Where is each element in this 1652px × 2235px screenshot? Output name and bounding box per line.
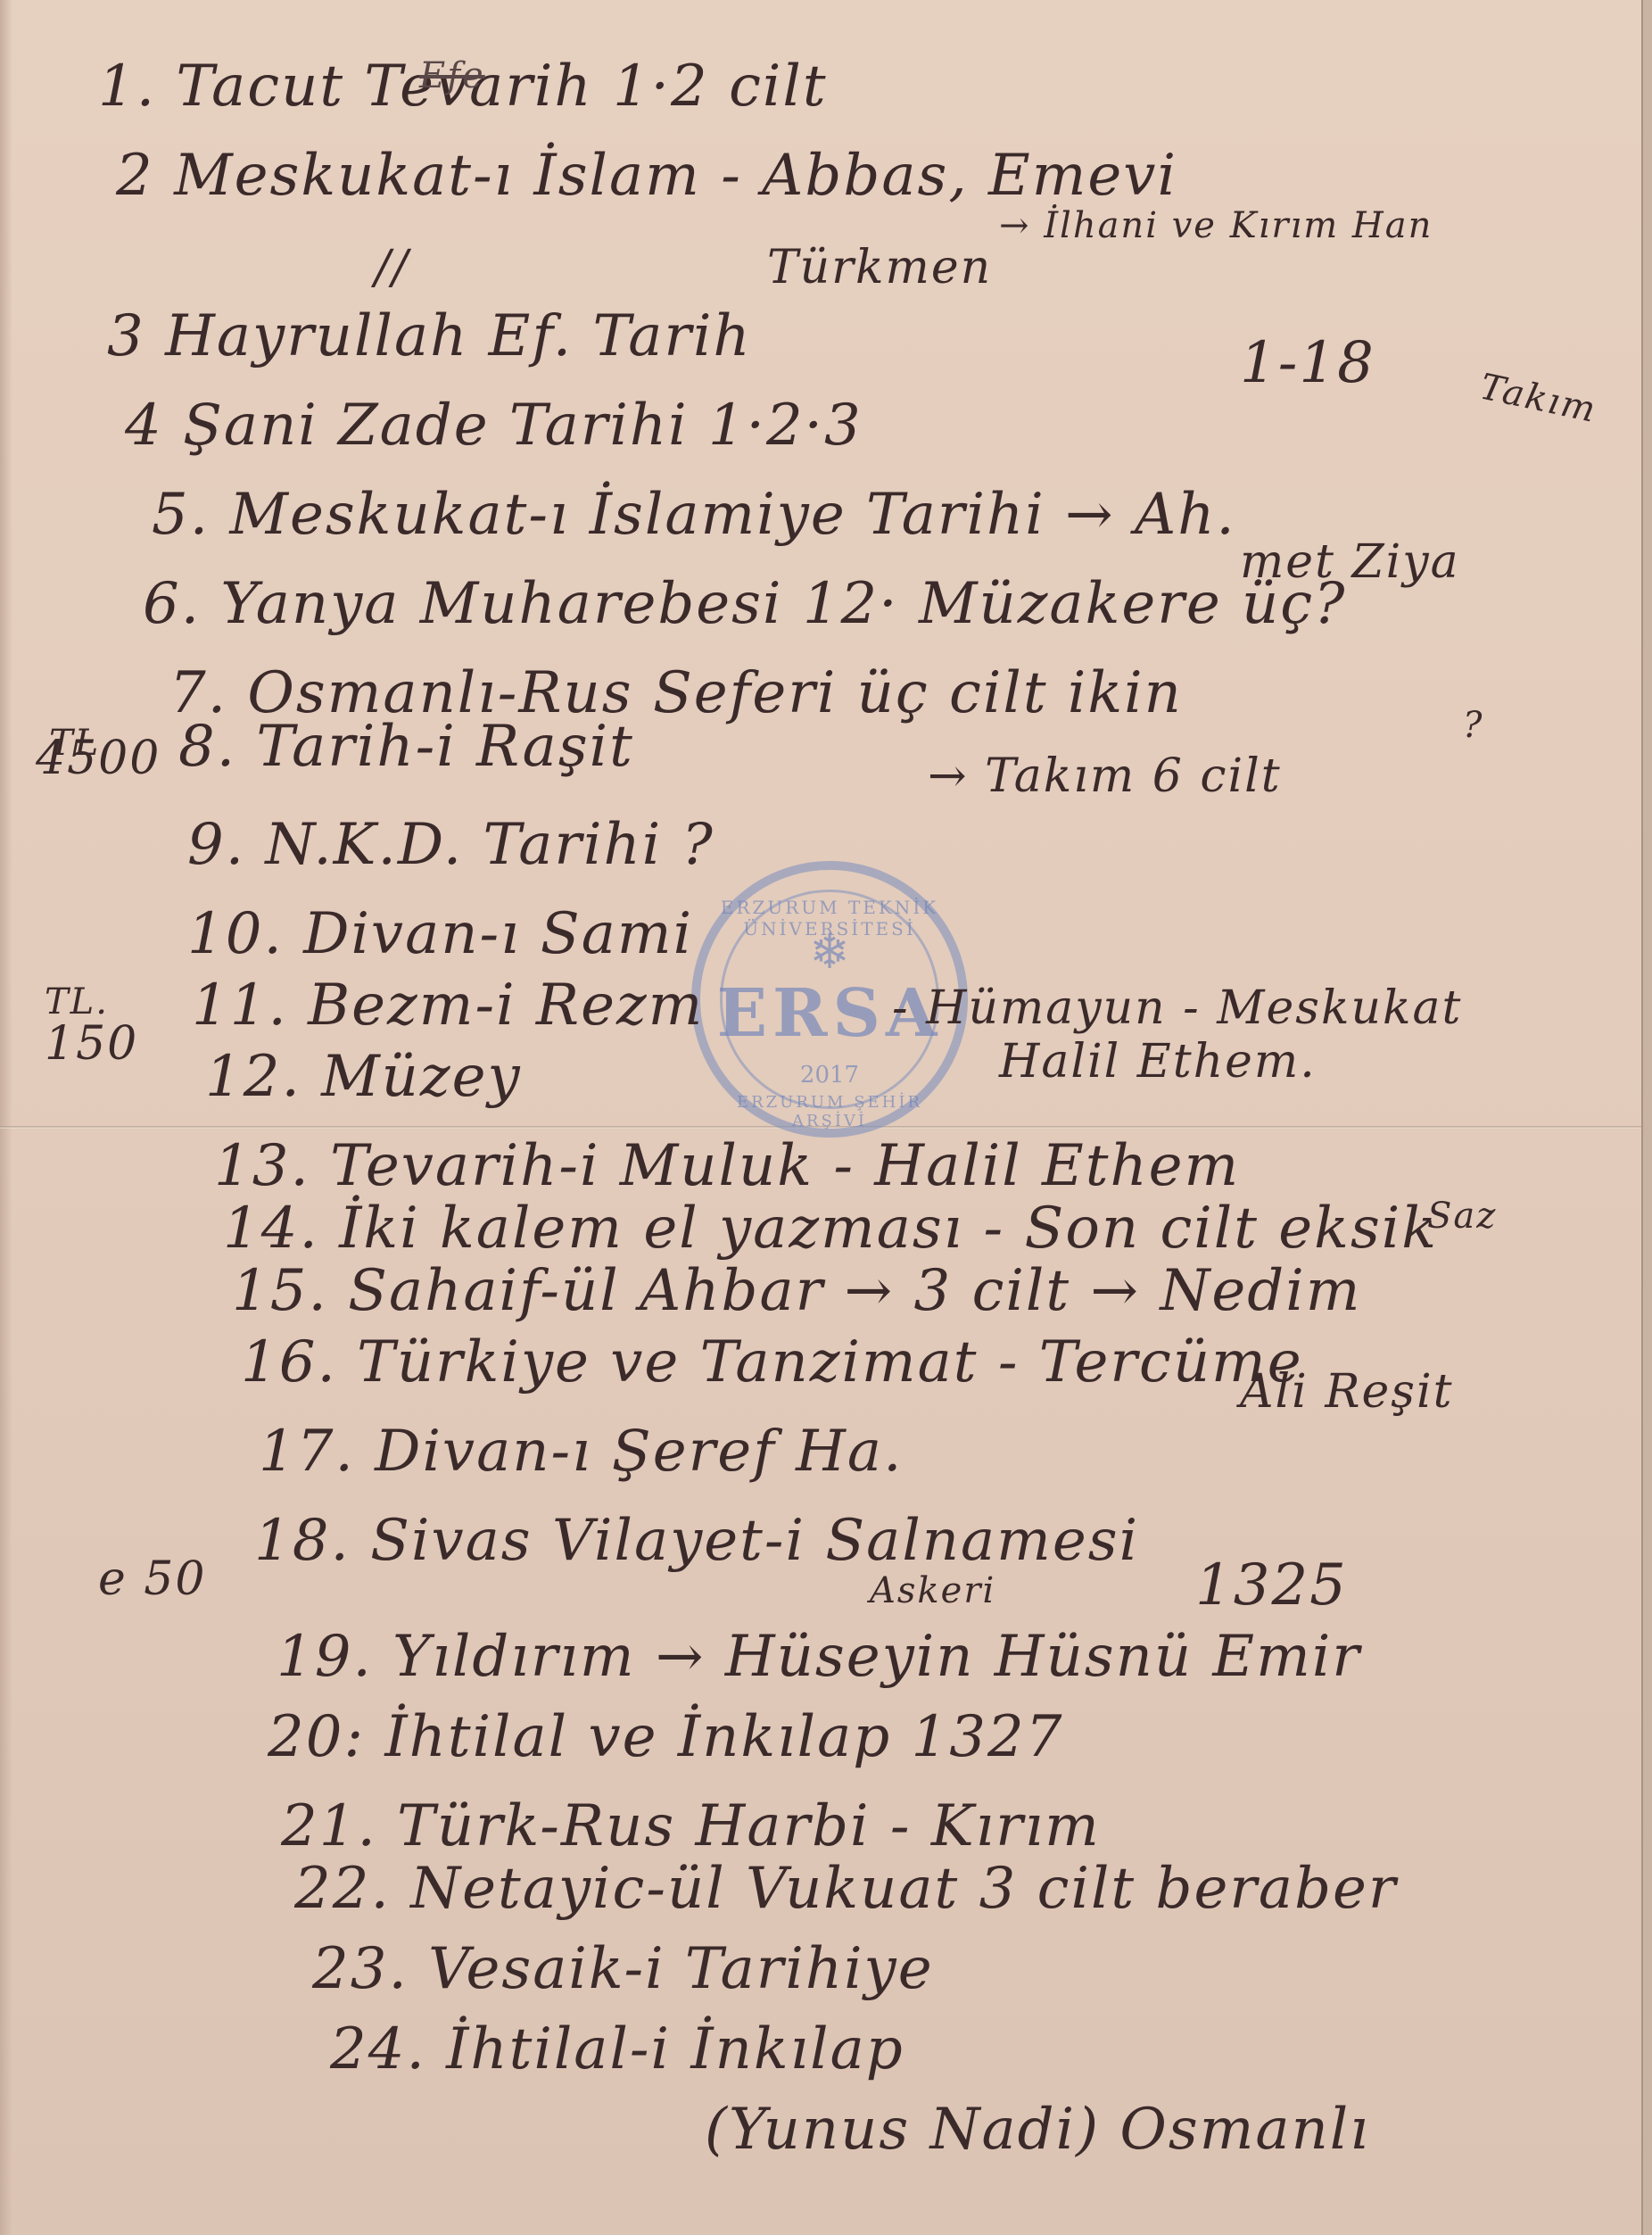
margin-price-e50: e 50 [98,1552,206,1606]
list-item-24-note: (Yunus Nadi) Osmanlı [705,2097,1370,2163]
list-item-19: 19. Yıldırım → Hüseyin Hüsnü Emir [277,1624,1361,1690]
list-item-2-note-b: Türkmen [767,241,992,294]
list-item-2-note: → İlhani ve Kırım Han [999,205,1433,246]
list-item-8-note: → Takım 6 cilt [928,749,1282,803]
list-item-4: 4 Şani Zade Tarihi 1·2·3 [125,393,863,459]
list-item-8: 8. Tarih-i Raşit [178,714,634,780]
list-item-13: 13. Tevarih-i Muluk - Halil Ethem [214,1133,1240,1199]
list-item-5: 5. Meskukat-ı İslamiye Tarihi → Ah. [152,482,1236,548]
margin-price-150: 150 [45,1017,138,1071]
paper-edge-shadow [0,0,12,2235]
list-item-19-above: Askeri [870,1570,995,1611]
list-item-6: 6. Yanya Muharebesi 12· Müzakere üç? [143,571,1346,637]
list-item-12: 12. Müzey [205,1044,522,1110]
list-item-21: 21. Türk-Rus Harbi - Kırım [281,1793,1101,1859]
list-item-14: 14. İki kalem el yazması - Son cilt eksi… [223,1196,1438,1262]
list-item-23: 23. Vesaik-i Tarihiye [312,1936,934,2002]
stamp-year: 2017 [700,1062,959,1089]
list-item-3: 3 Hayrullah Ef. Tarih [107,303,752,369]
list-item-18: 18. Sivas Vilayet-i Salnamesi [254,1508,1139,1574]
list-item-11-note: - Hümayun - Meskukat [892,981,1462,1035]
list-item-14-above: Saz [1427,1196,1497,1237]
ditto-mark: // [375,241,409,294]
list-item-11: 11. Bezm-i Rezm [192,973,704,1039]
paper-sheet: ERZURUM TEKNİK ÜNİVERSİTESİ ❄ ERSA 2017 … [0,0,1643,2235]
list-item-3-note: 1-18 [1240,330,1375,396]
struck-text: Efe [419,55,485,96]
list-item-17: 17. Divan-ı Şeref Ha. [259,1419,903,1485]
list-item-7-question: ? [1463,705,1483,746]
list-item-2: 2 Meskukat-ı İslam - Abbas, Emevi [116,143,1177,209]
snowflake-icon: ❄ [700,923,959,980]
list-item-12-note: Halil Ethem. [999,1035,1317,1089]
list-item-3-note-b: Takım [1476,367,1600,432]
list-item-10: 10. Divan-ı Sami [187,901,693,967]
list-item-24: 24. İhtilal-i İnkılap [330,2016,904,2082]
list-item-18-year: 1325 [1195,1552,1348,1618]
list-item-20: 20: İhtilal ve İnkılap 1327 [268,1704,1063,1770]
list-item-22: 22. Netayic-ül Vukuat 3 cilt beraber [294,1856,1398,1922]
stamp-bottom-text: ERZURUM ŞEHİR ARŞİVİ [700,1093,959,1130]
list-item-16-note: Ali Reşit [1240,1365,1453,1419]
list-item-9: 9. N.K.D. Tarihi ? [187,812,714,878]
list-item-16: 16. Türkiye ve Tanzimat - Tercüme [241,1329,1303,1395]
list-item-15: 15. Sahaif-ül Ahbar → 3 cilt → Nedim [232,1258,1361,1324]
margin-price-4500: 4500 [36,732,161,785]
